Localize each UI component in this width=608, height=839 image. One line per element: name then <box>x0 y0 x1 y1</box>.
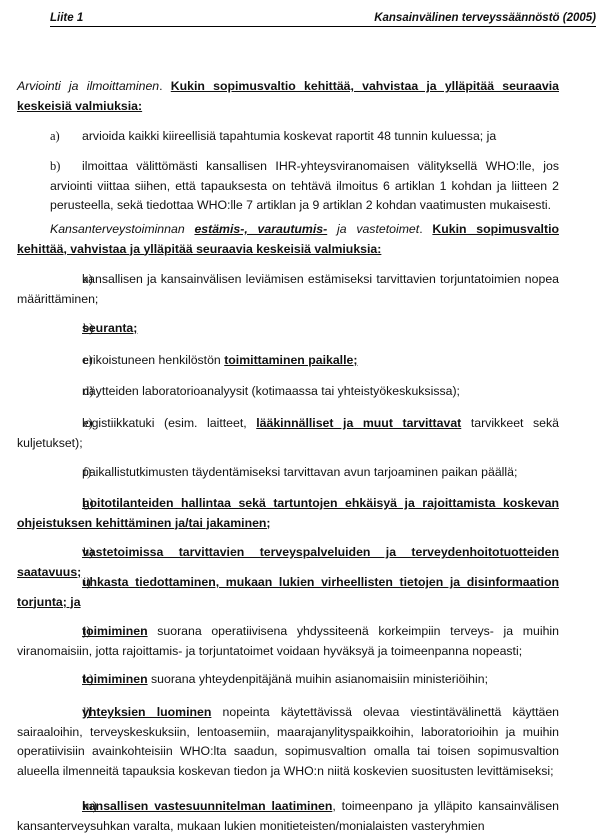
section2-item-j: j)toimiminen suorana operatiivisena yhdy… <box>17 622 559 661</box>
section2-item-f: f)paikallistutkimusten täydentämiseksi t… <box>17 463 559 483</box>
section1-intro: Arviointi ja ilmoittaminen. Kukin sopimu… <box>17 77 559 116</box>
item-label: b) <box>50 319 82 339</box>
item-label: g) <box>50 494 82 514</box>
item-label: d) <box>50 382 82 402</box>
emphasis-segment: seuranta; <box>82 321 137 335</box>
emphasis-segment: Arviointi ja ilmoittaminen <box>17 79 159 93</box>
section2-item-a: a)kansallisen ja kansainvälisen leviämis… <box>17 270 559 309</box>
text-segment: näytteiden laboratorioanalyysit (kotimaa… <box>82 384 460 398</box>
item-label: e) <box>50 414 82 434</box>
emphasis-segment: toimiminen <box>82 672 148 686</box>
emphasis-segment: lääkinnälliset ja muut tarvittavat <box>256 416 461 430</box>
emphasis-segment: ja vastetoimet <box>327 222 419 236</box>
item-label: i) <box>50 573 82 593</box>
emphasis-segment: Kansanterveystoiminnan <box>50 222 194 236</box>
emphasis-segment: kansallisen vastesuunnitelman laatiminen <box>82 799 332 813</box>
emphasis-segment: uhkasta tiedottaminen, mukaan lukien vir… <box>17 575 559 609</box>
item-label: b) <box>50 157 82 177</box>
text-segment: suorana yhteydenpitäjänä muihin asianoma… <box>148 672 488 686</box>
item-label: a) <box>50 270 82 290</box>
page-header: Liite 1 Kansainvälinen terveyssäännöstö … <box>50 10 596 27</box>
text-segment: logistiikkatuki (esim. laitteet, <box>82 416 256 430</box>
section2-item-m: m)kansallisen vastesuunnitelman laatimin… <box>17 797 559 836</box>
section2-item-e: e)logistiikkatuki (esim. laitteet, lääki… <box>17 414 559 453</box>
header-document-title: Kansainvälinen terveyssäännöstö (2005) <box>374 12 596 24</box>
emphasis-segment: yhteyksien luominen <box>82 705 211 719</box>
section2-item-c: c)erikoistuneen henkilöstön toimittamine… <box>17 351 559 371</box>
emphasis-segment: hoitotilanteiden hallintaa sekä tartunto… <box>17 496 559 530</box>
header-annex-label: Liite 1 <box>50 12 83 24</box>
section2-item-i: i)uhkasta tiedottaminen, mukaan lukien v… <box>17 573 559 612</box>
section2-item-d: d)näytteiden laboratorioanalyysit (kotim… <box>17 382 559 402</box>
item-label: j) <box>50 622 82 642</box>
emphasis-segment: toimittaminen paikalle; <box>224 353 357 367</box>
item-label: f) <box>50 463 82 483</box>
section2-intro: Kansanterveystoiminnan estämis-, varautu… <box>17 220 559 259</box>
section2-item-g: g)hoitotilanteiden hallintaa sekä tartun… <box>17 494 559 533</box>
item-label: a) <box>50 127 82 147</box>
item-label: k) <box>50 670 82 690</box>
text-segment: paikallistutkimusten täydentämiseksi tar… <box>82 465 517 479</box>
text-segment: kansallisen ja kansainvälisen leviämisen… <box>17 272 559 306</box>
section2-item-k: k)toimiminen suorana yhteydenpitäjänä mu… <box>17 670 559 690</box>
item-label: h) <box>50 543 82 563</box>
emphasis-segment: estämis-, varautumis- <box>194 222 327 236</box>
section1-item-b: b)ilmoittaa välittömästi kansallisen IHR… <box>50 157 559 216</box>
section1-item-a: a)arvioida kaikki kiireellisiä tapahtumi… <box>50 127 559 147</box>
item-label: c) <box>50 351 82 371</box>
text-segment: erikoistuneen henkilöstön <box>82 353 224 367</box>
text-segment: arvioida kaikki kiireellisiä tapahtumia … <box>82 129 496 143</box>
item-label: m) <box>50 797 82 817</box>
text-segment: ilmoittaa välittömästi kansallisen IHR-y… <box>50 159 559 212</box>
section2-item-b: b)seuranta; <box>17 319 559 339</box>
item-label: l) <box>50 703 82 723</box>
emphasis-segment: toimiminen <box>82 624 148 638</box>
text-segment: . <box>419 222 432 236</box>
section2-item-l: l)yhteyksien luominen nopeinta käytettäv… <box>17 703 559 781</box>
text-segment: . <box>159 79 171 93</box>
